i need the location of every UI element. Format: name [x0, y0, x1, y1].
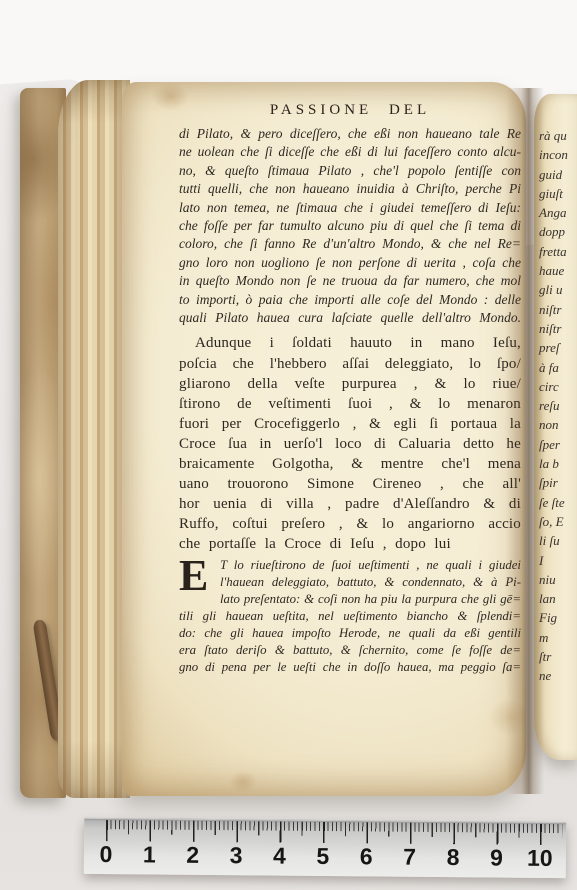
- text-fragment: la b: [539, 454, 577, 473]
- text-line: tutti quelli, che non haueano inuidia à …: [179, 180, 521, 198]
- text-line: do: che gli hauea impoſto Herode, ne qua…: [179, 625, 521, 642]
- text-fragment: Anga: [539, 203, 577, 222]
- text-fragment: ne: [539, 666, 577, 685]
- text-fragment: Fig: [539, 608, 577, 627]
- text-line: fuori per Crocefiggerlo , & egli ſi port…: [179, 414, 521, 434]
- page-edge-stack: [58, 80, 130, 798]
- text-fragment: fretta: [539, 242, 577, 261]
- text-fragment: circ: [539, 377, 577, 396]
- text-fragment: reſu: [539, 396, 577, 415]
- ruler-number: 10: [518, 845, 562, 871]
- text-line: gno loro non uogliono ſe non perſone di …: [179, 254, 521, 272]
- text-fragment: ſe ſte: [539, 493, 577, 512]
- dropcap-paragraph: E T lo riueſtirono de ſuoi ueſtimenti , …: [179, 557, 521, 677]
- text-fragment: à fa: [539, 358, 577, 377]
- text-fragment: m: [539, 628, 577, 647]
- text-fragment: niu: [539, 570, 577, 589]
- text-line: che portaſſe la Croce di Ieſu , dopo lui: [179, 534, 521, 554]
- ruler-number: 3: [214, 842, 258, 868]
- text-line: era ſtato deriſo & battuto, & ſchernito,…: [179, 642, 521, 659]
- ruler-number: 9: [475, 844, 519, 870]
- ruler-number: 6: [344, 843, 388, 869]
- text-fragment: ſo, E: [539, 512, 577, 531]
- text-fragment: niſtr: [539, 319, 577, 338]
- text-line: tili gli hauean ueſtita, nel ueſtimento …: [179, 608, 521, 625]
- ruler: 012345678910: [84, 818, 566, 878]
- ruler-number: 1: [128, 841, 172, 867]
- book-photograph: PASSIONE DEL di Pilato, & pero diceſſero…: [0, 0, 577, 890]
- left-page: PASSIONE DEL di Pilato, & pero diceſſero…: [122, 82, 526, 796]
- ruler-number: 0: [84, 841, 128, 867]
- text-fragment: li ſu: [539, 531, 577, 550]
- text-fragment: gli u: [539, 280, 577, 299]
- text-line: Ruffo, coſtui preſero , & lo angariorno …: [179, 514, 521, 534]
- text-line: ſtirono de veſtimenti ſuoi , & lo menaro…: [179, 394, 521, 414]
- running-head: PASSIONE DEL: [179, 102, 521, 118]
- text-fragment: lan: [539, 589, 577, 608]
- text-line: in queſto Mondo non ſe ne truoua da far …: [179, 272, 521, 290]
- text-block: PASSIONE DEL di Pilato, & pero diceſſero…: [179, 102, 521, 676]
- text-line: T lo riueſtirono de ſuoi ueſtimenti , ne…: [179, 557, 521, 574]
- text-line: ne uolean che ſi diceſſe che eßi di lui …: [179, 143, 521, 161]
- roman-paragraph: Adunque i ſoldati hauuto in mano Ieſu,po…: [179, 333, 521, 554]
- text-fragment: I: [539, 551, 577, 570]
- italic-paragraph: di Pilato, & pero diceſſero, che eßi non…: [179, 125, 521, 327]
- text-line: che foſſe per far tumulto alcuno piu di …: [179, 217, 521, 235]
- text-fragment: dopp: [539, 222, 577, 241]
- text-line: poſcia che l'hebbero aſſai deleggiato, l…: [179, 354, 521, 374]
- text-line: coloro, che ſi fanno Re d'un'altro Mondo…: [179, 235, 521, 253]
- text-fragment: ſper: [539, 435, 577, 454]
- text-fragment: giuſt: [539, 184, 577, 203]
- text-fragment: ſpir: [539, 473, 577, 492]
- text-fragment: incon: [539, 145, 577, 164]
- text-fragment: ſtr: [539, 647, 577, 666]
- drop-cap-initial: E: [179, 559, 215, 592]
- text-line: braicamente Golgotha, & mentre che'l men…: [179, 454, 521, 474]
- text-line: quali Pilato hauea cura laſciate quelle …: [179, 309, 521, 327]
- text-line: lato non temea, ne ſtimaua che i giudei …: [179, 199, 521, 217]
- roman-paragraph-lines: Adunque i ſoldati hauuto in mano Ieſu,po…: [179, 333, 521, 534]
- text-line: hor uenia di villa , padre d'Aleſſandro …: [179, 494, 521, 514]
- ruler-number: 7: [388, 844, 432, 870]
- text-fragment: rà qu: [539, 126, 577, 145]
- text-line: di Pilato, & pero diceſſero, che eßi non…: [179, 125, 521, 143]
- text-fragment: haue: [539, 261, 577, 280]
- right-page-text-fragments: rà quinconguidgiuſtAngadoppfrettahauegli…: [539, 126, 577, 686]
- ruler-number: 4: [258, 842, 302, 868]
- ruler-numbers: 012345678910: [84, 841, 562, 871]
- text-fragment: niſtr: [539, 300, 577, 319]
- gutter-shadow: [506, 88, 544, 794]
- ruler-number: 8: [431, 844, 475, 870]
- text-line: l'hauean deleggiato, battuto, & condenna…: [179, 574, 521, 591]
- ruler-number: 2: [171, 842, 215, 868]
- text-line: gliarono della veſte purpurea , & lo riu…: [179, 374, 521, 394]
- text-line: no, & queſto ſtimaua Pilato , che'l popo…: [179, 162, 521, 180]
- text-line: lato preſentato: & coſi non ha piu la pu…: [179, 591, 521, 608]
- text-fragment: preſ: [539, 338, 577, 357]
- text-line: Adunque i ſoldati hauuto in mano Ieſu,: [179, 333, 521, 353]
- dropcap-paragraph-lines: T lo riueſtirono de ſuoi ueſtimenti , ne…: [179, 557, 521, 677]
- ruler-number: 5: [301, 843, 345, 869]
- text-fragment: guid: [539, 165, 577, 184]
- text-line: Croce ſua in uerſo'l loco di Caluaria de…: [179, 434, 521, 454]
- text-line: to importi, ò paia che importi alle coſe…: [179, 291, 521, 309]
- text-fragment: non: [539, 415, 577, 434]
- text-line: uano trouorono Simone Cireneo , che all': [179, 474, 521, 494]
- text-line: gno di pena per le ueſti che in doſſo ha…: [179, 659, 521, 676]
